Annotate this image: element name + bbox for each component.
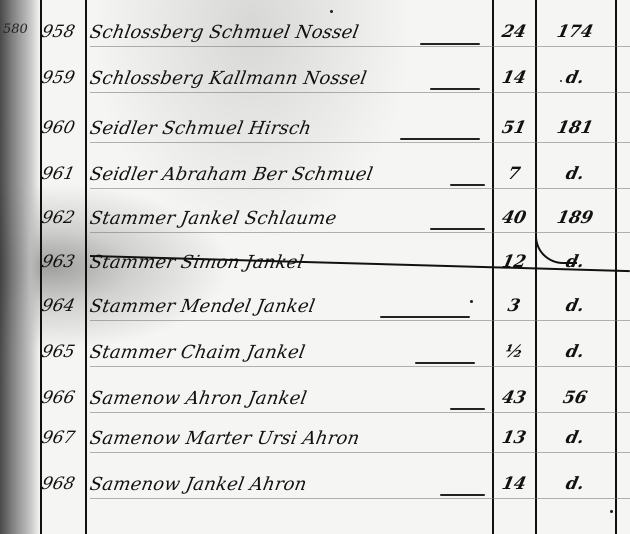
- register-row: 967 Samenow Marter Ursi Ahron 13 d.: [0, 428, 630, 470]
- filler-dash: [380, 316, 470, 318]
- entry-age: 24: [491, 22, 537, 42]
- entry-age: 51: [491, 118, 537, 138]
- entry-name: Stammer Jankel Schlaume: [88, 208, 492, 229]
- entry-name: Stammer Chaim Jankel: [88, 342, 492, 363]
- row-ruling: [90, 452, 630, 453]
- entry-reference: d.: [538, 474, 612, 494]
- entry-reference: 56: [538, 388, 612, 408]
- entry-number: 961: [40, 164, 94, 184]
- entry-reference: d.: [538, 428, 612, 448]
- row-ruling: [90, 142, 630, 143]
- entry-name: Stammer Mendel Jankel: [88, 296, 492, 317]
- entry-reference: d.: [538, 164, 612, 184]
- entry-name: Schlossberg Kallmann Nossel: [88, 68, 492, 89]
- filler-dash: [430, 228, 485, 230]
- entry-reference: 174: [538, 22, 612, 42]
- entry-number: 962: [40, 208, 94, 228]
- filler-dash: [420, 43, 480, 45]
- filler-dash: [400, 138, 480, 140]
- row-ruling: [90, 366, 630, 367]
- register-row: 968 Samenow Jankel Ahron 14 d.: [0, 474, 630, 516]
- row-ruling: [90, 498, 630, 499]
- entry-age: 14: [491, 474, 537, 494]
- entry-reference: d.: [538, 342, 612, 362]
- entry-name: Samenow Marter Ursi Ahron: [88, 428, 492, 449]
- register-row: 966 Samenow Ahron Jankel 43 56: [0, 388, 630, 430]
- entry-number: 963: [40, 252, 94, 272]
- entry-reference: d.: [538, 68, 612, 88]
- ink-speck: [610, 510, 613, 513]
- ink-speck: [470, 300, 473, 303]
- entry-age: 43: [491, 388, 537, 408]
- register-row: 958 Schlossberg Schmuel Nossel 24 174: [0, 22, 630, 64]
- entry-age: 13: [491, 428, 537, 448]
- register-page: 580 958 Schlossberg Schmuel Nossel 24 17…: [0, 0, 630, 534]
- register-row: 961 Seidler Abraham Ber Schmuel 7 d.: [0, 164, 630, 206]
- entry-reference: 189: [538, 208, 612, 228]
- ink-speck: [330, 10, 333, 13]
- filler-dash: [415, 362, 475, 364]
- entry-name: Seidler Abraham Ber Schmuel: [88, 164, 492, 185]
- filler-dash: [430, 88, 480, 90]
- entry-name: Samenow Ahron Jankel: [88, 388, 492, 409]
- entry-number: 966: [40, 388, 94, 408]
- register-row: 964 Stammer Mendel Jankel 3 d.: [0, 296, 630, 338]
- entry-number: 964: [40, 296, 94, 316]
- entry-age: ½: [491, 342, 537, 362]
- entry-age: 3: [491, 296, 537, 316]
- entry-number: 959: [40, 68, 94, 88]
- entry-number: 968: [40, 474, 94, 494]
- filler-dash: [450, 408, 485, 410]
- row-ruling: [90, 92, 630, 93]
- filler-dash: [450, 184, 485, 186]
- entry-age: 7: [491, 164, 537, 184]
- filler-dash: [440, 494, 485, 496]
- entry-name: Seidler Schmuel Hirsch: [88, 118, 492, 139]
- row-ruling: [90, 232, 630, 233]
- row-ruling: [90, 188, 630, 189]
- entry-number: 960: [40, 118, 94, 138]
- entry-age: 14: [491, 68, 537, 88]
- row-ruling: [90, 320, 630, 321]
- entry-name: Schlossberg Schmuel Nossel: [88, 22, 492, 43]
- register-row: 960 Seidler Schmuel Hirsch 51 181: [0, 118, 630, 160]
- entry-reference: d.: [538, 296, 612, 316]
- entry-number: 965: [40, 342, 94, 362]
- ink-speck: [560, 80, 562, 82]
- row-ruling: [90, 46, 630, 47]
- register-row: 963 Stammer Simon Jankel 12 d.: [0, 252, 630, 294]
- entry-age: 40: [491, 208, 537, 228]
- entry-number: 958: [40, 22, 94, 42]
- row-ruling: [90, 412, 630, 413]
- entry-reference: 181: [538, 118, 612, 138]
- register-row: 959 Schlossberg Kallmann Nossel 14 d.: [0, 68, 630, 110]
- register-row: 965 Stammer Chaim Jankel ½ d.: [0, 342, 630, 384]
- entry-number: 967: [40, 428, 94, 448]
- entry-name: Samenow Jankel Ahron: [88, 474, 492, 495]
